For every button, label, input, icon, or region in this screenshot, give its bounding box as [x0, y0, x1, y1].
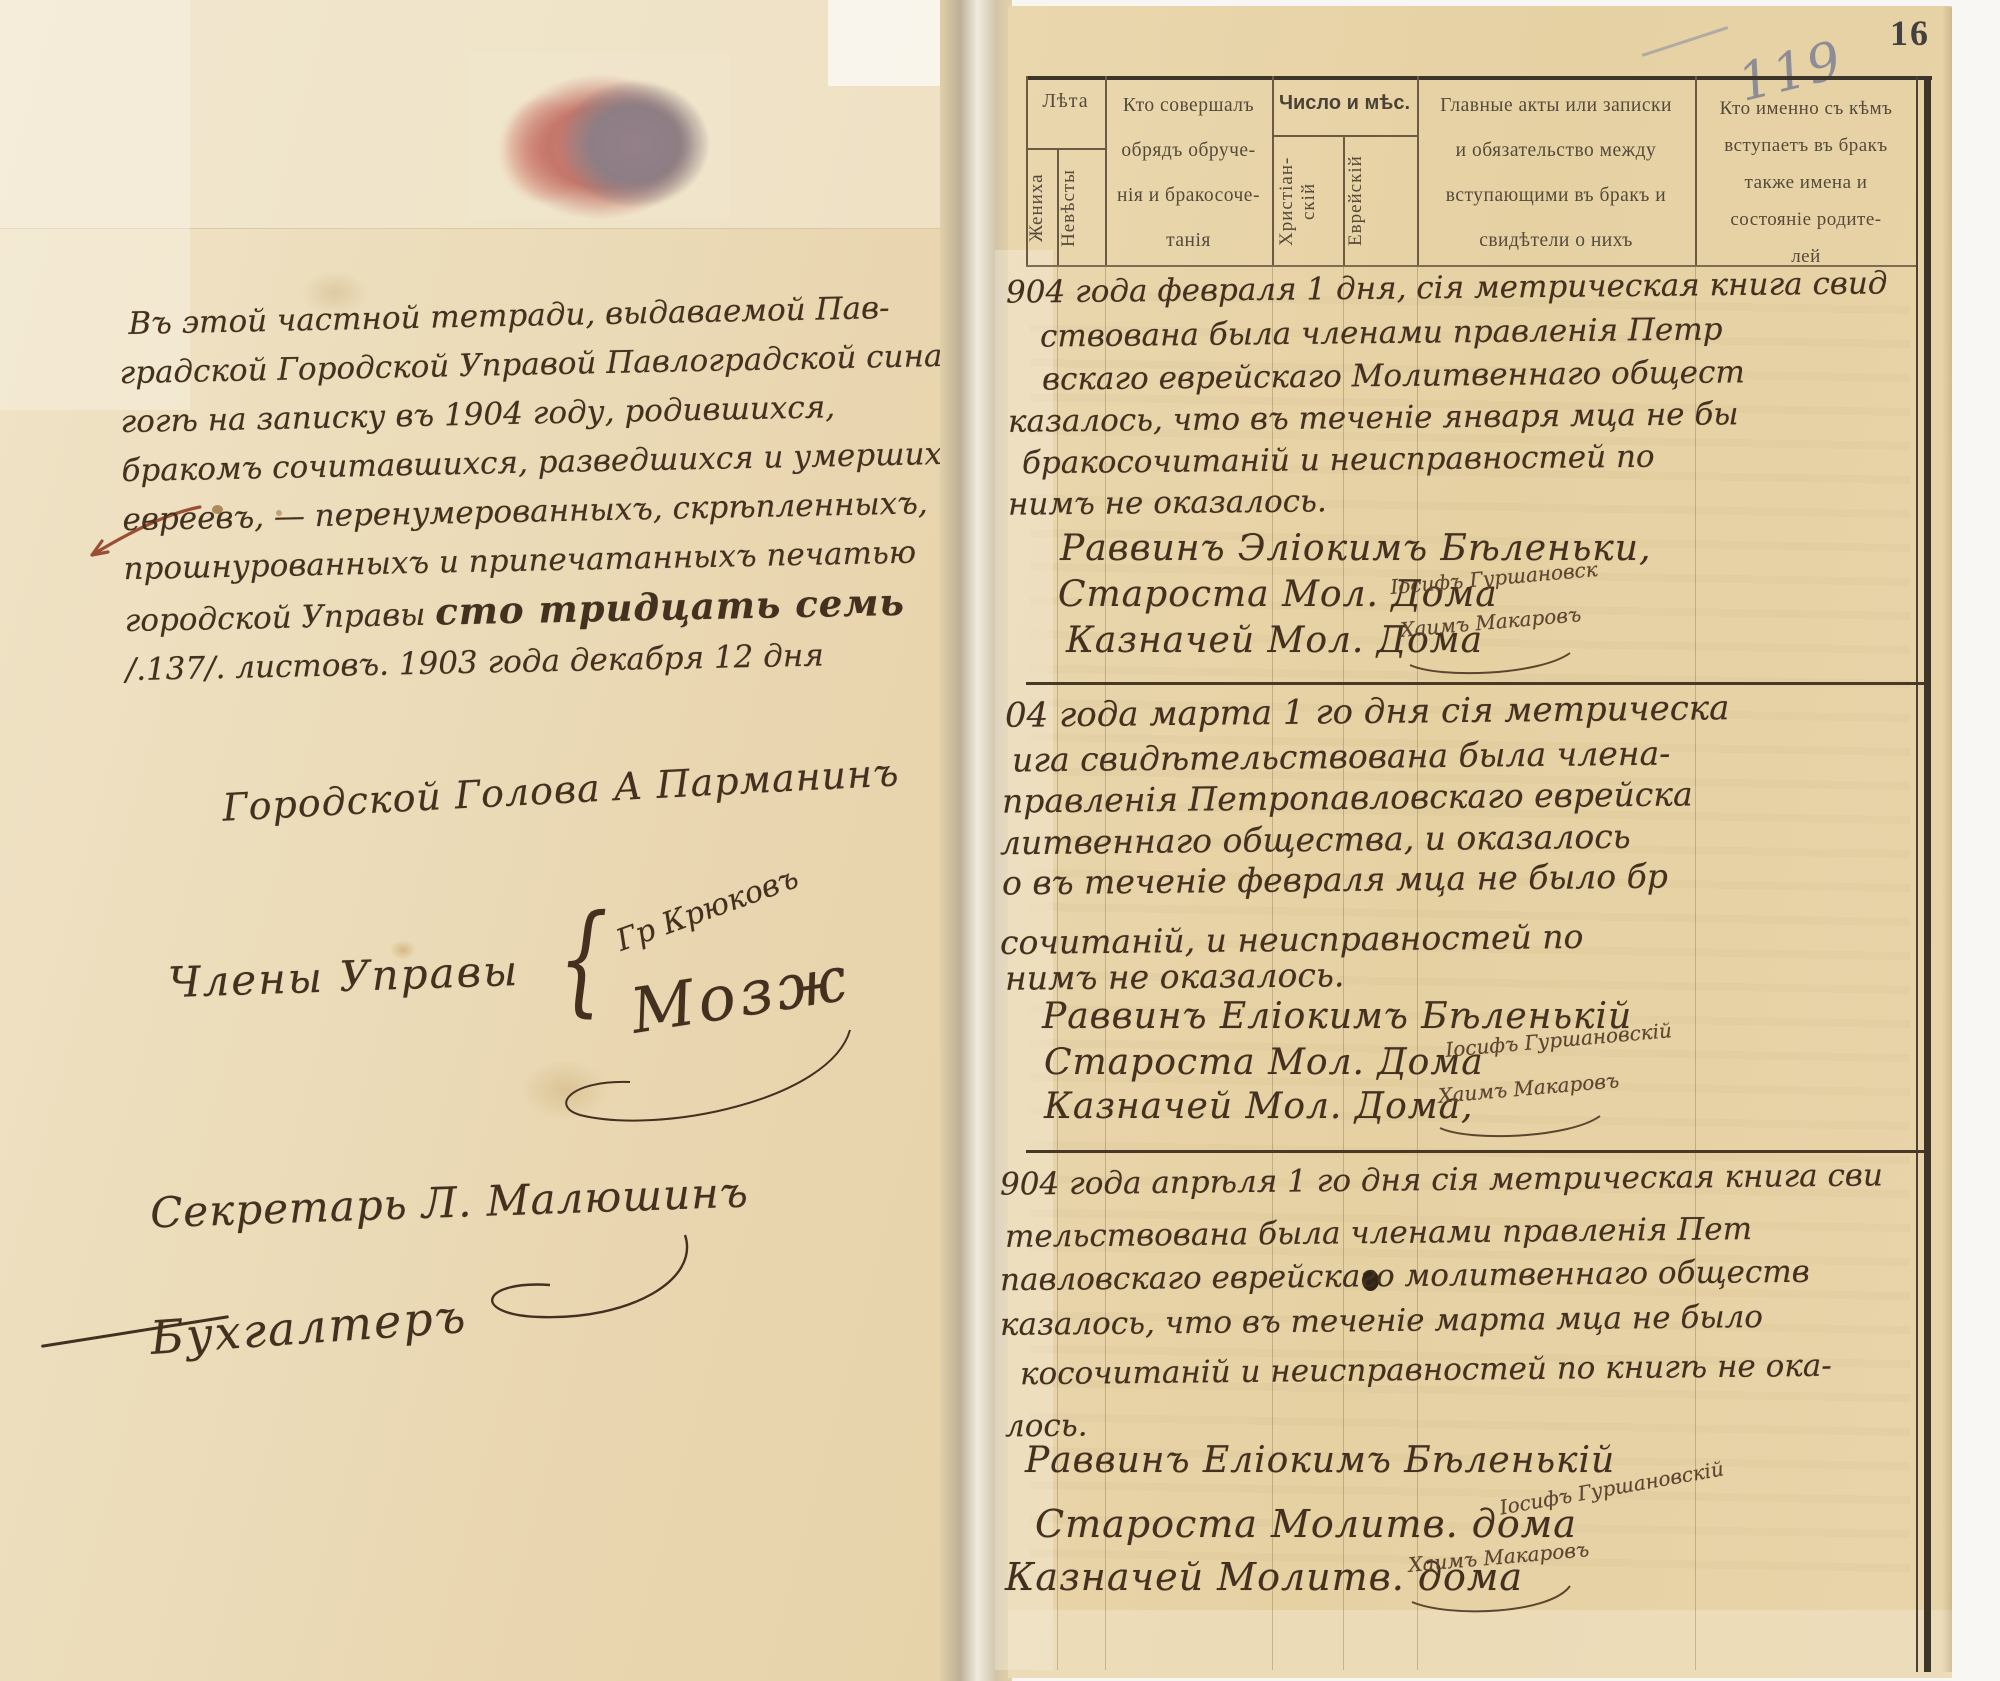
faint-column-line	[1695, 267, 1696, 1670]
header-sub-bride: Невѣсты	[1058, 152, 1104, 264]
entry-line: нимъ не оказалось.	[1008, 483, 1327, 522]
table-top-border	[1026, 76, 1932, 80]
treasurer-flourish	[1430, 1108, 1610, 1148]
header-line: вступающими въ бракъ и	[1417, 173, 1695, 218]
count-prefix: городской Управы	[124, 597, 435, 639]
left-page: Въ этой частной тетради, выдаваемой Пав-…	[0, 0, 945, 1681]
entry-divider	[1026, 1150, 1924, 1153]
entry-line: бракосочитаній и неисправностей по	[1022, 439, 1655, 482]
archival-register-spread: Въ этой частной тетради, выдаваемой Пав-…	[0, 0, 2000, 1681]
header-line: и обязательство между	[1417, 128, 1695, 173]
entry-line: лось.	[1005, 1408, 1088, 1445]
members-brace: {	[558, 890, 608, 1029]
header-line: также имена и	[1695, 164, 1917, 201]
header-col-officiant: Кто совершалъ обрядъ обруче- нія и брако…	[1105, 83, 1272, 263]
entry-line: ствована была членами правленія Петр	[1040, 311, 1723, 354]
header-line: состояніе родите-	[1695, 201, 1917, 238]
header-line: нія и бракосоче-	[1105, 173, 1272, 218]
right-inner-border	[1916, 76, 1918, 1672]
treasurer-flourish	[1400, 1578, 1580, 1623]
header-line: вступаетъ въ бракъ	[1695, 127, 1917, 164]
header-line: Главные акты или записки	[1417, 83, 1695, 128]
white-corner-patch	[828, 0, 945, 86]
header-sub-line: Христіан-	[1276, 156, 1297, 245]
entry-line: о въ теченіе февраля мца не было бр	[1002, 857, 1668, 903]
starosta-label: Староста Молитв. дома	[1035, 1502, 1577, 1546]
member-signature-1: Гр Крюковъ	[612, 860, 803, 958]
pasted-flap	[0, 0, 945, 229]
treasurer-flourish	[1400, 645, 1580, 685]
bookkeeper-signature: Бухгалтеръ	[149, 1289, 469, 1365]
header-sub-line: скій	[1298, 182, 1319, 219]
entry-line: 04 года марта 1 го дня сія метрическа	[1005, 688, 1730, 736]
signature-flourish	[540, 1020, 870, 1140]
count-emphasis: сто тридцать семь	[435, 580, 905, 634]
header-sub-groom: Жениха	[1026, 152, 1057, 264]
header-col-parties: Кто именно съ кѣмъ вступаетъ въ бракъ та…	[1695, 90, 1917, 275]
entry-line: казалось, что въ теченіе января мца не б…	[1008, 396, 1739, 440]
printed-page-number: 16	[1880, 12, 1940, 54]
entry-line: правленія Петропавловскаго еврейска	[1002, 774, 1693, 820]
header-line: Кто именно съ кѣмъ	[1695, 90, 1917, 127]
treasurer-label: Казначей Мол. Дома,	[1044, 1086, 1474, 1127]
age-subdivider	[1026, 148, 1105, 150]
header-sub-jewish: Еврейскій	[1345, 140, 1415, 262]
wax-seal-center	[560, 80, 710, 208]
certification-text: Въ этой частной тетради, выдаваемой Пав-…	[118, 284, 906, 695]
right-thick-border	[1924, 76, 1931, 1672]
header-col-date: Число и мѣс.	[1272, 92, 1417, 115]
scan-background	[1952, 0, 2000, 1681]
starosta-label: Староста Мол. Дома	[1044, 1042, 1484, 1083]
entry-line: литвеннаго общества, и оказалось	[1000, 817, 1631, 863]
header-col-acts: Главные акты или записки и обязательство…	[1417, 83, 1695, 263]
header-line: Кто совершалъ	[1105, 83, 1272, 128]
members-label: Члены Управы	[167, 946, 520, 1007]
mayor-signature: Городской Голова А Парманинъ	[221, 750, 900, 829]
entry-line: нимъ не оказалось.	[1005, 955, 1345, 998]
rabbi-signature: Раввинъ Еліокимъ Бѣленькій	[1025, 1440, 1615, 1481]
header-sub-christian: Христіан- скій	[1276, 140, 1342, 262]
header-col-age: Лѣта	[1026, 90, 1105, 113]
date-subdivider	[1272, 135, 1417, 137]
header-line: свидѣтели о нихъ	[1417, 218, 1695, 263]
header-line: танія	[1105, 218, 1272, 263]
entry-line: вскаго еврейскаго Молитвеннаго общест	[1042, 354, 1745, 397]
header-line: обрядъ обруче-	[1105, 128, 1272, 173]
entry-line: ига свидѣтельствована была члена-	[1012, 734, 1671, 780]
